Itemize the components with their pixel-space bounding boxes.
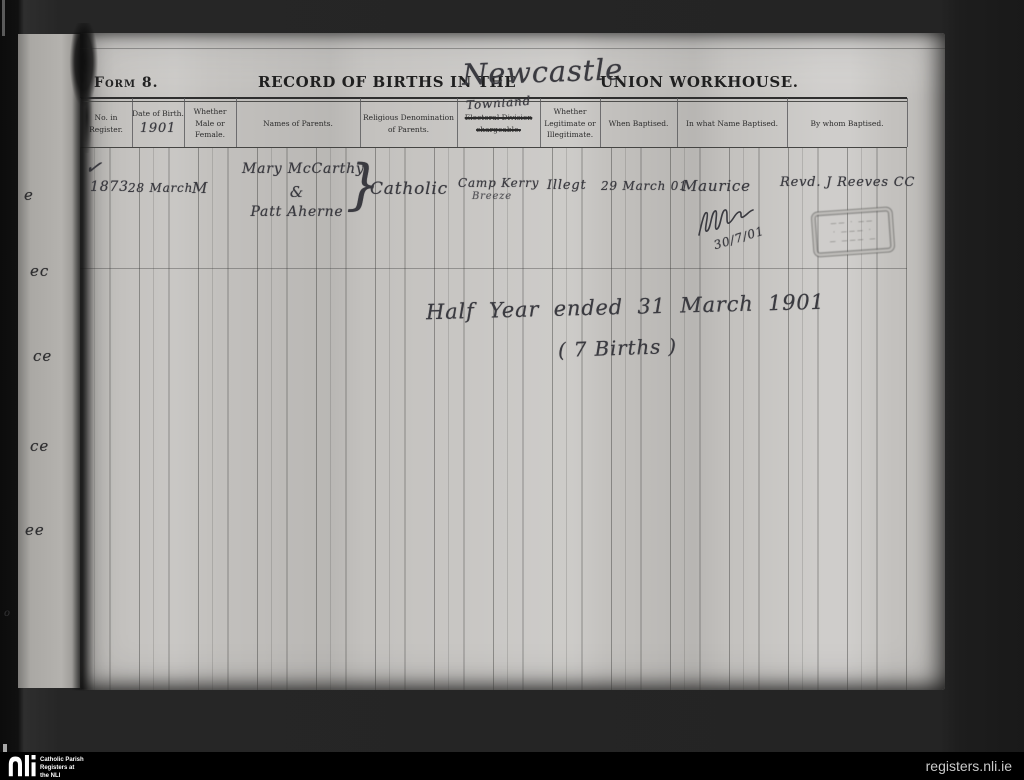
header-line: In what Name Baptised. (686, 118, 778, 130)
viewer-footer-bar: Catholic Parish Registers at the NLI reg… (0, 752, 1024, 780)
scan-edge-artifact (2, 0, 5, 36)
row-divider-line (80, 268, 907, 269)
header-line: of Parents. (388, 124, 429, 136)
header-line: Legitimate or (544, 118, 596, 130)
header-line: Names of Parents. (263, 118, 333, 130)
column-header-parents: Names of Parents. (236, 100, 360, 147)
handwritten-year: 1901 (140, 119, 176, 139)
ledger-ruling-lines-faint (94, 148, 907, 690)
column-header-date-of-birth: Date of Birth. 1901 (132, 100, 184, 147)
column-divider (907, 98, 908, 147)
header-line: Whether (194, 106, 227, 118)
caption-line: the NLI (40, 773, 84, 780)
margin-fragment: e (24, 186, 34, 204)
previous-page-edge: e ec ce ce ee o (18, 34, 80, 688)
record-ampersand: & (242, 183, 352, 201)
header-line: By whom Baptised. (810, 118, 883, 130)
column-header-townland: Townland Electoral Division chargeable. (457, 91, 540, 138)
record-parent2: Patt Aherne (242, 204, 352, 220)
column-header-by-whom: By whom Baptised. (787, 100, 907, 147)
record-legitimacy: Illegt (547, 178, 587, 193)
page-title-suffix: UNION WORKHOUSE. (600, 73, 799, 91)
column-header-baptism-name: In what Name Baptised. (677, 100, 787, 147)
caption-line: Registers at (40, 765, 84, 773)
header-line: Date of Birth. (132, 108, 184, 120)
record-parent1: Mary McCarthy (242, 161, 352, 177)
stamp-line: — ——— — (830, 236, 878, 245)
register-page-scan[interactable]: Form 8. RECORD OF BIRTHS IN THE Newcastl… (80, 33, 945, 690)
header-line: Religious Denomination (363, 112, 454, 124)
form-number-label: Form 8. (94, 75, 159, 91)
record-townland-line2: Breeze (472, 191, 512, 202)
scan-edge-artifact (3, 744, 7, 752)
births-count-note: ( 7 Births ) (558, 334, 678, 362)
header-line: No. in (95, 112, 118, 124)
page-top-rule (80, 48, 945, 49)
margin-fragment: ee (25, 521, 45, 539)
margin-fragment: ce (33, 347, 52, 365)
record-religion: Catholic (370, 179, 448, 199)
margin-fragment: ce (30, 437, 49, 455)
record-townland-line1: Camp Kerry (458, 176, 539, 190)
record-sex: M (192, 179, 208, 197)
column-header-when-baptised: When Baptised. (600, 100, 677, 147)
header-line: Male or Female. (184, 118, 236, 141)
caption-line: Catholic Parish (40, 757, 84, 765)
record-by-whom: Revd. J Reeves CC (780, 175, 915, 190)
column-header-sex: Whether Male or Female. (184, 100, 236, 147)
header-line: Illegitimate. (547, 129, 593, 141)
header-line: Whether (554, 106, 587, 118)
record-register-no: 1873 (90, 179, 129, 195)
footer-logo-caption: Catholic Parish Registers at the NLI (40, 757, 84, 780)
record-baptism-name: Maurice (682, 177, 751, 195)
handwritten-column-label: Townland (465, 91, 531, 114)
margin-fragment: o (4, 608, 11, 619)
column-header-religion: Religious Denomination of Parents. (360, 100, 457, 147)
book-binding-shadow (72, 33, 94, 690)
struck-header-line: chargeable. (476, 124, 521, 136)
margin-fragment: ec (30, 262, 49, 280)
footer-site-link[interactable]: registers.nli.ie (926, 752, 1012, 780)
nli-logo-icon (7, 755, 37, 777)
header-line: Register. (89, 124, 123, 136)
column-header-legitimacy: Whether Legitimate or Illegitimate. (540, 100, 600, 147)
parish-stamp: —— · —— · ——— · — ——— — (810, 206, 895, 258)
viewer-background: e ec ce ce ee o Form 8. RECORD OF BIRTHS… (0, 0, 1024, 752)
header-line: When Baptised. (609, 118, 669, 130)
record-date-of-birth: 28 March (128, 181, 193, 195)
record-when-baptised: 29 March 01 (601, 179, 688, 193)
